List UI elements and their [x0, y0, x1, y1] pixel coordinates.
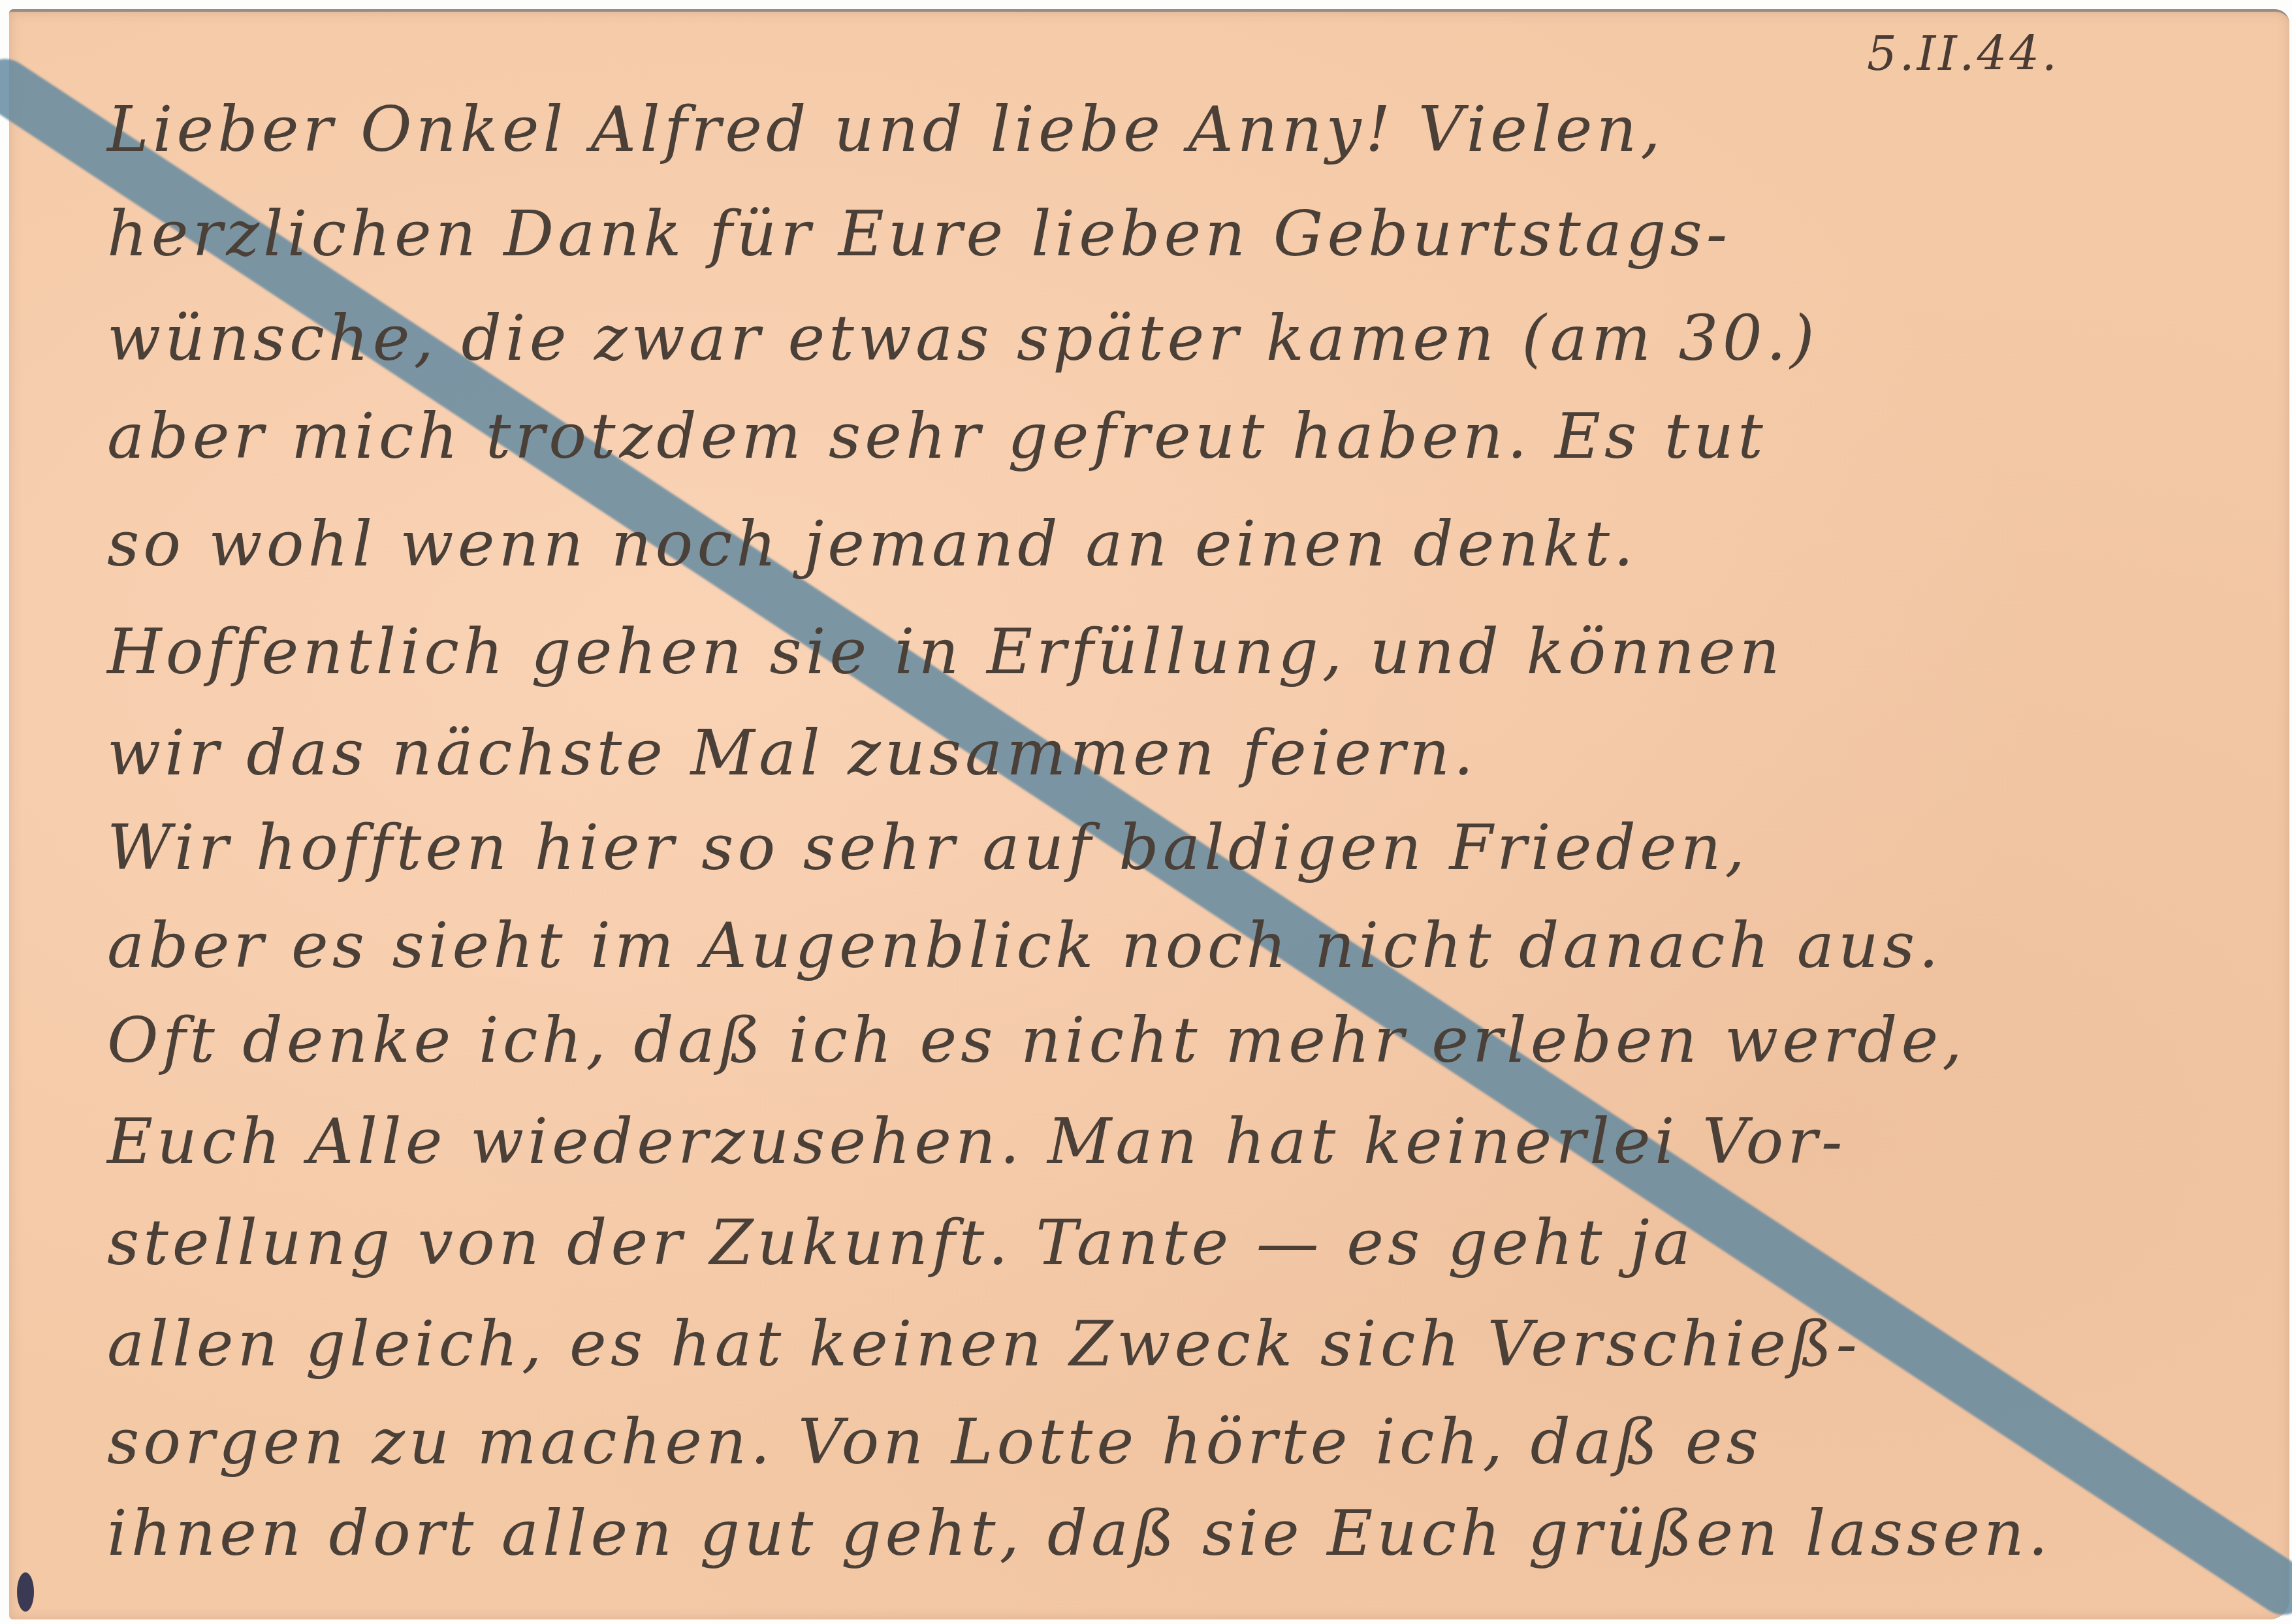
letter-line-7: wir das nächste Mal zusammen feiern.	[107, 717, 1478, 789]
letter-line-15: ihnen dort allen gut geht, daß sie Euch …	[107, 1497, 2052, 1569]
postcard: 5.II.44. Lieber Onkel Alfred und liebe A…	[9, 9, 2289, 1619]
letter-line-3: wünsche, die zwar etwas später kamen (am…	[107, 302, 1819, 374]
letter-line-11: Euch Alle wiederzusehen. Man hat keinerl…	[107, 1106, 1847, 1177]
letter-line-12: stellung von der Zukunft. Tante — es geh…	[107, 1207, 1695, 1279]
letter-line-6: Hoffentlich gehen sie in Erfüllung, und …	[107, 616, 1784, 688]
letter-line-14: sorgen zu machen. Von Lotte hörte ich, d…	[107, 1406, 1762, 1478]
date-note: 5.II.44.	[1867, 26, 2060, 81]
letter-line-4: aber mich trotzdem sehr gefreut haben. E…	[107, 400, 1767, 472]
letter-line-13: allen gleich, es hat keinen Zweck sich V…	[107, 1308, 1861, 1380]
letter-line-10: Oft denke ich, daß ich es nicht mehr erl…	[107, 1004, 1966, 1076]
letter-line-2: herzlichen Dank für Eure lieben Geburtst…	[107, 198, 1731, 270]
letter-line-1: Lieber Onkel Alfred und liebe Anny! Viel…	[107, 93, 1664, 165]
letter-line-8: Wir hofften hier so sehr auf baldigen Fr…	[107, 812, 1749, 884]
letter-line-5: so wohl wenn noch jemand an einen denkt.	[107, 508, 1638, 580]
letter-line-9: aber es sieht im Augenblick noch nicht d…	[107, 910, 1943, 981]
ink-blot	[17, 1572, 34, 1612]
